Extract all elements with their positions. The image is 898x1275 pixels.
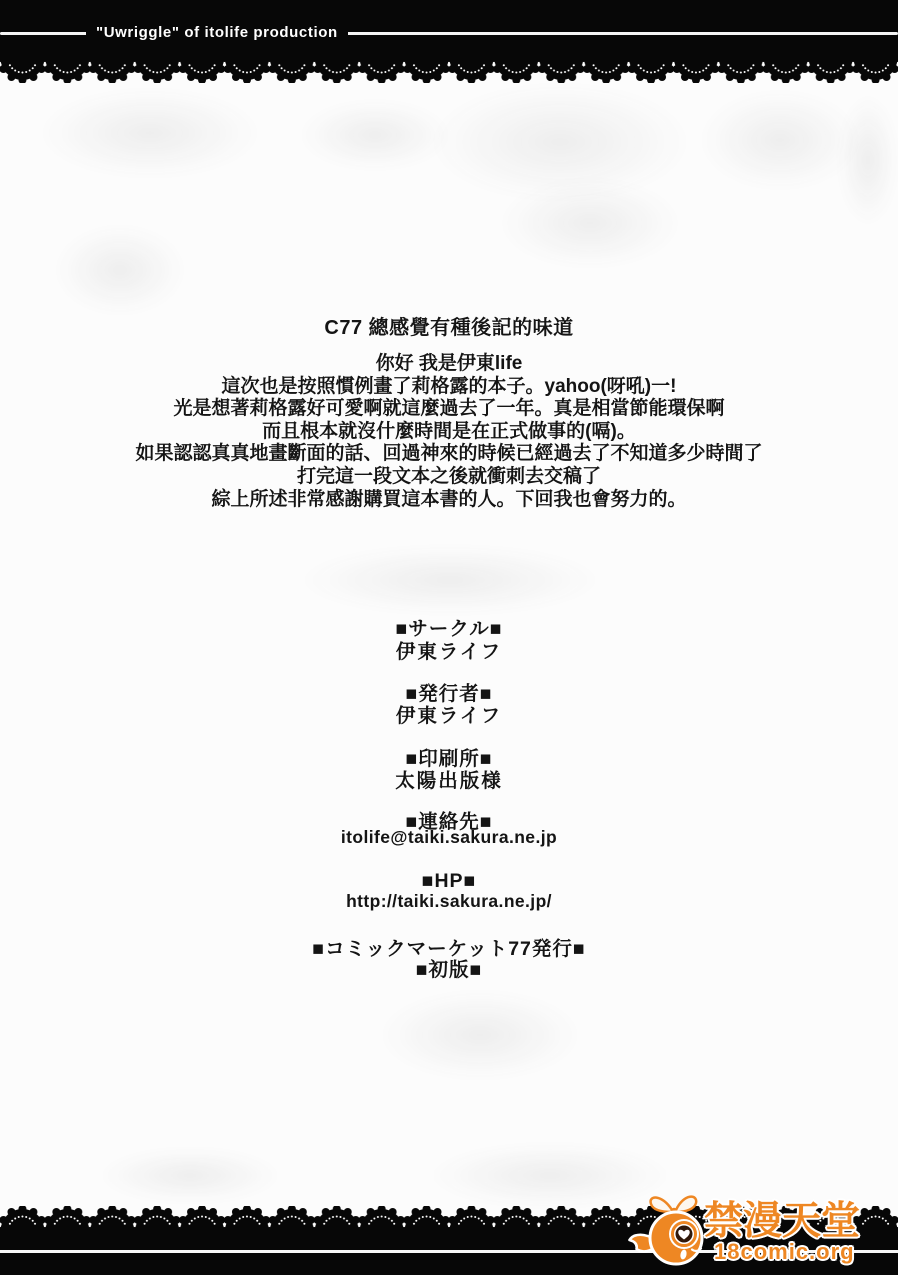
scan-smudge [430, 82, 690, 202]
scan-smudge [100, 1148, 280, 1203]
afterword-title: C77 總感覺有種後記的味道 [0, 311, 898, 340]
scan-smudge [300, 545, 600, 615]
credit-value-homepage-url: http://taiki.sakura.ne.jp/ [0, 891, 898, 912]
watermark-logo: 禁漫天堂 18comic.org [626, 1188, 890, 1275]
watermark-site-url: 18comic.org [714, 1241, 855, 1263]
scan-smudge [500, 178, 680, 268]
afterword-line: 光是想著莉格露好可愛啊就這麼過去了一年。真是相當節能環保啊 [0, 398, 898, 421]
scan-smudge [380, 990, 580, 1080]
credit-value-publisher: 伊東ライフ [0, 700, 898, 728]
scan-smudge [300, 100, 450, 170]
afterword-line: 這次也是按照慣例畫了莉格露的本子。yahoo(呀吼)一! [0, 376, 898, 399]
bow-left-loop [651, 1198, 672, 1212]
bow-right-loop [676, 1197, 696, 1212]
afterword-body: 你好 我是伊東life 這次也是按照慣例畫了莉格露的本子。yahoo(呀吼)一!… [0, 353, 898, 511]
afterword-line: 打完這一段文本之後就衝刺去交稿了 [0, 466, 898, 489]
afterword-line: 綜上所述非常感謝購買這本書的人。下回我也會努力的。 [0, 489, 898, 512]
publication-edition: ■初版■ [0, 954, 898, 982]
credit-label-homepage: ■HP■ [0, 870, 898, 893]
scanned-afterword-page: "Uwriggle" of itolife production [0, 0, 898, 1275]
scalloped-lace-top-border [0, 57, 898, 83]
afterword-line: 如果認認真真地畫斷面的話、回過神來的時候已經過去了不知道多少時間了 [0, 443, 898, 466]
credit-value-printer: 太陽出版様 [0, 765, 898, 793]
credit-value-circle: 伊東ライフ [0, 636, 898, 664]
scan-smudge [838, 95, 898, 225]
scan-smudge [700, 90, 860, 190]
afterword-line: 你好 我是伊東life [0, 353, 898, 376]
credit-value-contact-email: itolife@taiki.sakura.ne.jp [0, 827, 898, 848]
afterword-line: 而且根本就沒什麼時間是在正式做事的(嗝)。 [0, 421, 898, 444]
header-title: "Uwriggle" of itolife production [86, 22, 348, 43]
watermark-site-name: 禁漫天堂 [704, 1202, 860, 1241]
scan-smudge [40, 88, 260, 178]
scan-smudge [55, 225, 185, 315]
